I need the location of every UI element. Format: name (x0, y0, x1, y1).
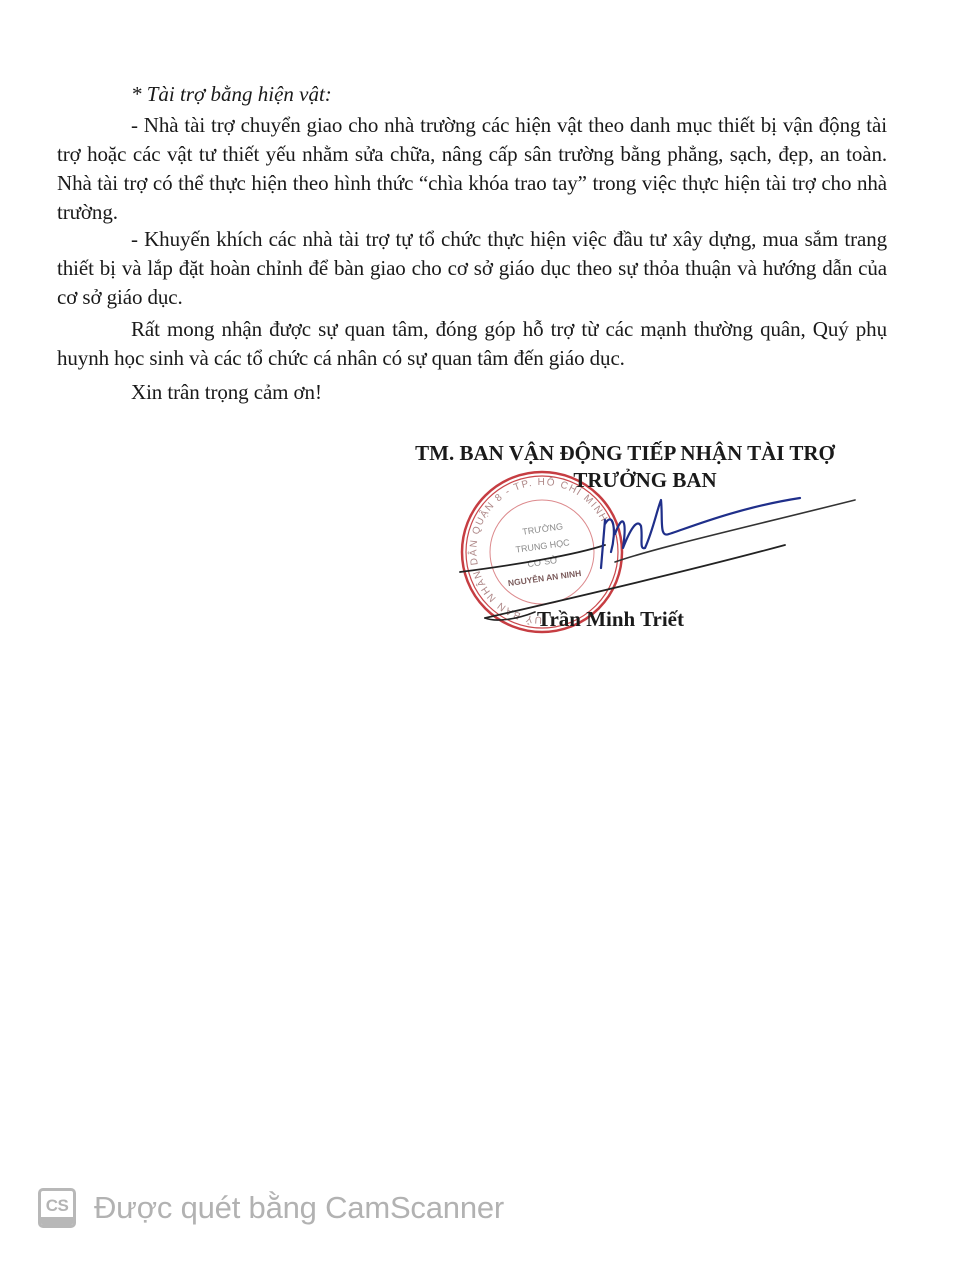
scanned-document-page: * Tài trợ bằng hiện vật: - Nhà tài trợ c… (0, 0, 956, 1264)
paragraph-text: - Khuyến khích các nhà tài trợ tự tổ chứ… (57, 225, 887, 312)
camscanner-icon-bar (41, 1217, 73, 1225)
signatory-organization: TM. BAN VẬN ĐỘNG TIẾP NHẬN TÀI TRỢ (360, 440, 890, 467)
section-heading: * Tài trợ bằng hiện vật: (131, 80, 332, 109)
paragraph-in-kind-transfer: - Nhà tài trợ chuyển giao cho nhà trường… (57, 111, 887, 227)
paragraph-text: - Nhà tài trợ chuyển giao cho nhà trường… (57, 111, 887, 227)
handwritten-signature-icon (455, 490, 875, 625)
watermark-text: Được quét bằng CamScanner (94, 1190, 504, 1226)
camscanner-watermark: CS Được quét bằng CamScanner (38, 1186, 504, 1230)
paragraph-text: Xin trân trọng cảm ơn! (57, 378, 887, 407)
paragraph-thanks: Xin trân trọng cảm ơn! (57, 378, 887, 407)
paragraph-text: Rất mong nhận được sự quan tâm, đóng góp… (57, 315, 887, 373)
camscanner-icon-text: CS (46, 1196, 69, 1216)
paragraph-appeal: Rất mong nhận được sự quan tâm, đóng góp… (57, 315, 887, 373)
camscanner-icon: CS (38, 1188, 76, 1228)
signature-block: TM. BAN VẬN ĐỘNG TIẾP NHẬN TÀI TRỢ TRƯỞN… (360, 440, 890, 494)
paragraph-self-organized: - Khuyến khích các nhà tài trợ tự tổ chứ… (57, 225, 887, 312)
